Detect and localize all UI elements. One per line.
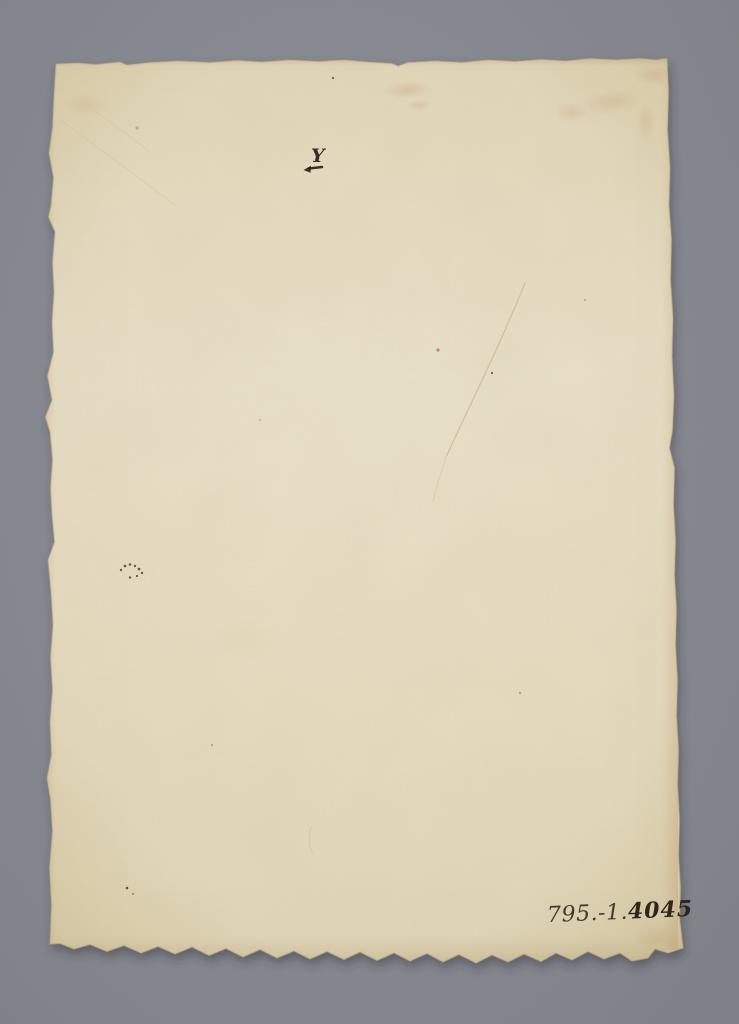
photo-grain-overlay	[0, 0, 739, 1024]
paper-sheet-graphic: Y	[0, 0, 739, 1024]
inscription-prefix: 795.-1.	[547, 900, 629, 929]
inscription-number: 4045	[627, 896, 693, 925]
photo-backdrop: Y 795.-1.4045	[0, 0, 739, 1024]
